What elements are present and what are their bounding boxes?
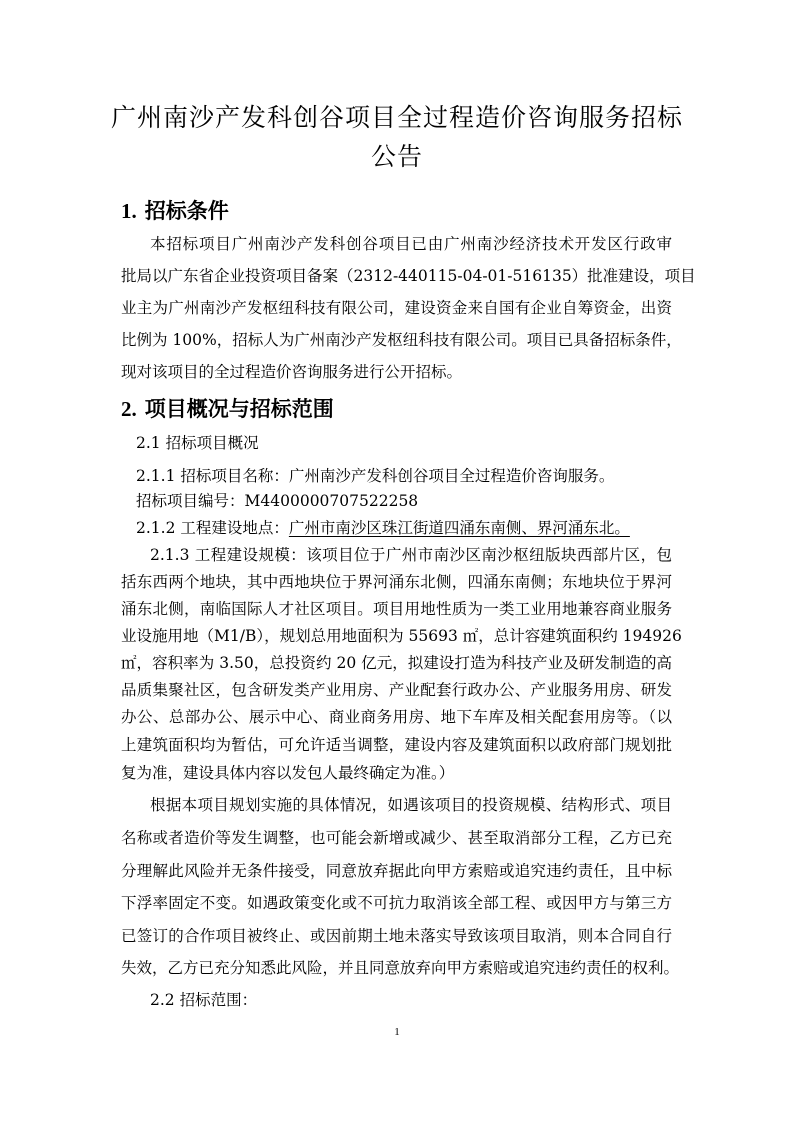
page-number: 1 xyxy=(0,1026,794,1038)
item-2-1-3-line: 业设施用地（M1/B），规划总用地面积为 55693 ㎡，总计容建筑面积约 19… xyxy=(121,625,672,647)
section-1-line: 比例为 100%，招标人为广州南沙产发枢纽科技有限公司。项目已具备招标条件， xyxy=(121,329,672,351)
risk-paragraph-line: 下浮率固定不变。如遇政策变化或不可抗力取消该全部工程、或因甲方与第三方 xyxy=(121,892,672,914)
document-title-line-1: 广州南沙产发科创谷项目全过程造价咨询服务招标 xyxy=(0,103,794,133)
item-2-1-3-line: 复为准，建设具体内容以发包人最终确定为准。） xyxy=(121,762,672,784)
section-2-heading: 2.项目概况与招标范围 xyxy=(121,396,334,422)
item-2-1-3-line: 括东西两个地块，其中西地块位于界河涌东北侧，四涌东南侧；东地块位于界河 xyxy=(121,571,672,593)
location-value: 广州市南沙区珠江街道四涌东南侧、界河涌东北。 xyxy=(289,519,630,537)
section-2-number: 2. xyxy=(121,397,137,421)
item-2-1-1-project-name: 2.1.1 招标项目名称：广州南沙产发科创谷项目全过程造价咨询服务。 xyxy=(136,465,672,487)
item-2-1-3-line: 涌东北侧，南临国际人才社区项目。项目用地性质为一类工业用地兼容商业服务 xyxy=(121,598,672,620)
risk-paragraph-line: 分理解此风险并无条件接受，同意放弃据此向甲方索赔或追究违约责任，且中标 xyxy=(121,860,672,882)
section-1-line: 业主为广州南沙产发枢纽科技有限公司，建设资金来自国有企业自筹资金，出资 xyxy=(121,297,672,319)
section-1-title: 招标条件 xyxy=(145,199,229,223)
document-page: 广州南沙产发科创谷项目全过程造价咨询服务招标 公告 1.招标条件 本招标项目广州… xyxy=(0,0,794,1123)
risk-paragraph-line: 根据本项目规划实施的具体情况，如遇该项目的投资规模、结构形式、项目 xyxy=(150,794,672,816)
project-code-value: M4400000707522258 xyxy=(245,492,419,510)
risk-paragraph-line: 名称或者造价等发生调整，也可能会新增或减少、甚至取消部分工程，乙方已充 xyxy=(121,827,672,849)
section-1-number: 1. xyxy=(121,199,137,223)
item-2-1-3-line: 2.1.3 工程建设规模：该项目位于广州市南沙区南沙枢纽版块西部片区，包 xyxy=(150,544,672,566)
location-label: 2.1.2 工程建设地点： xyxy=(136,519,289,537)
document-title-line-2: 公告 xyxy=(0,142,794,172)
item-2-1-3-line: 上建筑面积均为暂估，可允许适当调整，建设内容及建筑面积以政府部门规划批 xyxy=(121,734,672,756)
project-code-label: 招标项目编号： xyxy=(136,492,245,510)
item-2-1-3-line: 品质集聚社区，包含研发类产业用房、产业配套行政办公、产业服务用房、研发 xyxy=(121,679,672,701)
section-1-line: 现对该项目的全过程造价咨询服务进行公开招标。 xyxy=(121,361,672,383)
section-1-line: 批局以广东省企业投资项目备案（2312-440115-04-01-516135）… xyxy=(121,265,672,287)
item-2-1-3-line: 办公、总部办公、展示中心、商业商务用房、地下车库及相关配套用房等。（以 xyxy=(121,706,672,728)
risk-paragraph-line: 已签订的合作项目被终止、或因前期土地未落实导致该项目取消，则本合同自行 xyxy=(121,925,672,947)
subsection-2-1-heading: 2.1 招标项目概况 xyxy=(136,432,672,454)
item-2-1-3-line: ㎡，容积率为 3.50，总投资约 20 亿元，拟建设打造为科技产业及研发制造的高 xyxy=(121,652,672,674)
risk-paragraph-line: 失效，乙方已充分知悉此风险，并且同意放弃向甲方索赔或追究违约责任的权利。 xyxy=(121,957,672,979)
section-1-heading: 1.招标条件 xyxy=(121,198,229,224)
section-1-line: 本招标项目广州南沙产发科创谷项目已由广州南沙经济技术开发区行政审 xyxy=(150,233,672,255)
section-2-title: 项目概况与招标范围 xyxy=(145,397,334,421)
item-2-1-2-location: 2.1.2 工程建设地点：广州市南沙区珠江街道四涌东南侧、界河涌东北。 xyxy=(136,517,672,539)
project-code-line: 招标项目编号：M4400000707522258 xyxy=(136,490,672,512)
subsection-2-2-heading: 2.2 招标范围： xyxy=(150,989,672,1011)
